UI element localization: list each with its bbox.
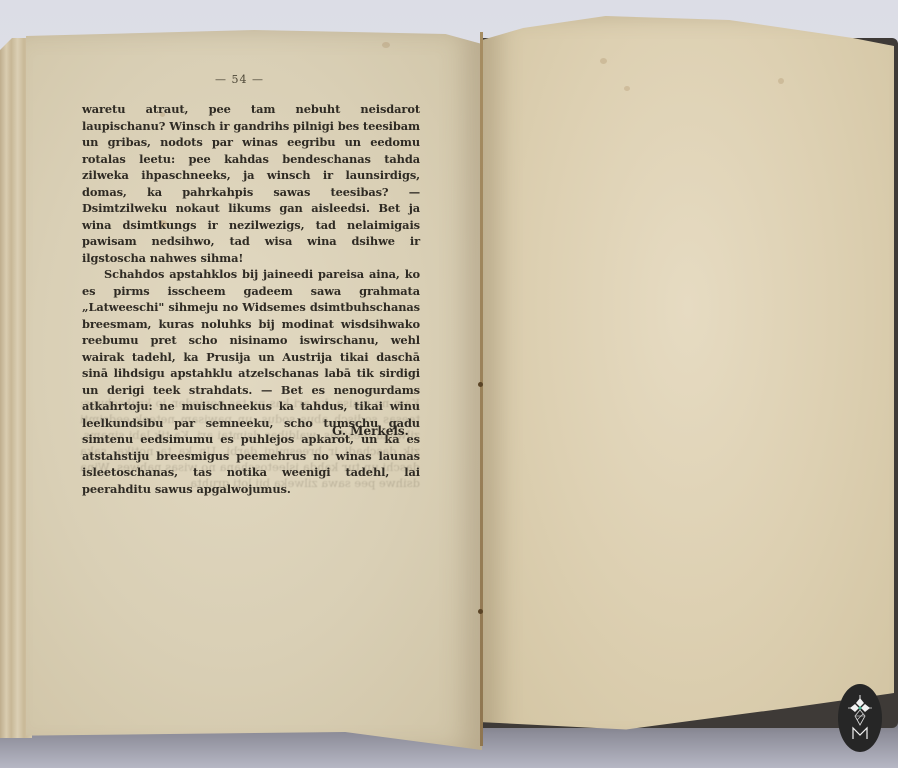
paper-stain — [382, 42, 390, 48]
paragraph: waretu atraut, pee tam nebuht neisdarot … — [82, 101, 420, 266]
paper-stain — [600, 58, 607, 64]
museum-logo-icon — [845, 693, 875, 743]
book-gutter — [480, 32, 483, 746]
binding-stitch — [478, 382, 483, 387]
right-page — [482, 16, 894, 744]
paper-stain — [624, 86, 630, 91]
paragraph: Schahdos apstahklos bij jaineedi pareisa… — [82, 266, 420, 497]
page-number: — 54 — — [215, 73, 264, 86]
binding-stitch — [478, 609, 483, 614]
author-signature: G. Merkels. — [332, 424, 409, 438]
museum-logo — [838, 684, 882, 752]
paper-stain — [778, 78, 784, 84]
